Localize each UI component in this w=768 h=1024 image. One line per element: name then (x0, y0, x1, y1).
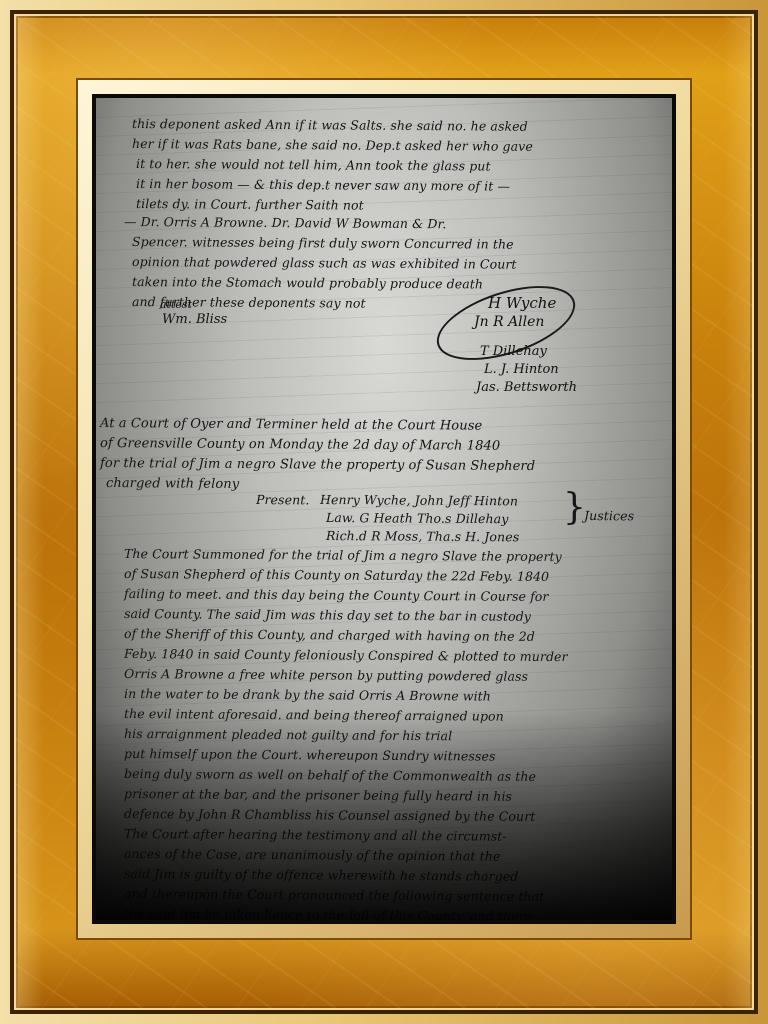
doctors-line: opinion that powdered glass such as was … (132, 254, 517, 272)
attest-signature: Wm. Bliss (162, 312, 227, 327)
present-label: Present. (256, 492, 310, 507)
deposition-line: it to her. she would not tell him, Ann t… (136, 156, 491, 173)
justices-row: Henry Wyche, John Jeff Hinton (320, 492, 518, 508)
signature: Jas. Bettsworth (476, 380, 577, 395)
proceedings-line: in the water to be drank by the said Orr… (124, 686, 491, 704)
proceedings-line: of Susan Shepherd of this County on Satu… (124, 566, 549, 584)
court-header-line: At a Court of Oyer and Terminer held at … (100, 416, 482, 434)
signature: Jn R Allen (474, 314, 544, 330)
proceedings-line: being duly sworn as well on behalf of th… (124, 766, 536, 784)
doctors-line: Spencer. witnesses being first duly swor… (132, 234, 514, 252)
justices-label: Justices (584, 508, 634, 523)
deposition-line: this deponent asked Ann if it was Salts.… (132, 116, 528, 134)
court-header-line: of Greensville County on Monday the 2d d… (100, 436, 500, 454)
proceedings-line: Feby. 1840 in said County feloniously Co… (124, 646, 568, 664)
proceedings-line: The Court after hearing the testimony an… (124, 826, 507, 844)
signature: T Dillehay (480, 344, 547, 359)
proceedings-line: said County. The said Jim was this day s… (124, 606, 531, 624)
justices-row: Law. G Heath Tho.s Dillehay (326, 510, 509, 526)
proceedings-line: the said Jim be taken hence to the Jail … (124, 906, 532, 920)
deposition-line: it in her bosom — & this dep.t never saw… (136, 176, 510, 194)
proceedings-line: defence by John R Chambliss his Counsel … (124, 806, 536, 824)
court-header-line: for the trial of Jim a negro Slave the p… (100, 456, 535, 474)
signature: H Wyche (488, 294, 556, 312)
proceedings-line: of the Sheriff of this County, and charg… (124, 626, 535, 644)
attest-label: attest (160, 298, 192, 311)
deposition-line: tilets dy. in Court. further Saith not (136, 196, 364, 213)
deposition-line: her if it was Rats bane, she said no. De… (132, 136, 533, 154)
proceedings-line: his arraignment pleaded not guilty and f… (124, 726, 452, 743)
proceedings-line: and thereupon the Court pronounced the f… (124, 886, 544, 904)
handwritten-court-document: this deponent asked Ann if it was Salts.… (96, 98, 672, 920)
proceedings-line: ances of the Case, are unanimously of th… (124, 846, 501, 864)
doctors-line: taken into the Stomach would probably pr… (132, 274, 483, 291)
proceedings-line: the evil intent aforesaid. and being the… (124, 706, 504, 724)
picture-frame: this deponent asked Ann if it was Salts.… (0, 0, 768, 1024)
proceedings-line: failing to meet. and this day being the … (124, 586, 549, 604)
signature: L. J. Hinton (484, 362, 559, 377)
justices-row: Rich.d R Moss, Tha.s H. Jones (326, 528, 519, 544)
court-header-line: charged with felony (106, 476, 239, 492)
proceedings-line: The Court Summoned for the trial of Jim … (124, 546, 562, 564)
proceedings-line: said Jim is guilty of the offence wherew… (124, 866, 518, 884)
justices-brace: } (563, 490, 586, 526)
proceedings-line: Orris A Browne a free white person by pu… (124, 666, 528, 684)
proceedings-line: put himself upon the Court. whereupon Su… (124, 746, 496, 764)
doctors-line: — Dr. Orris A Browne. Dr. David W Bowman… (124, 214, 446, 231)
proceedings-line: prisoner at the bar, and the prisoner be… (124, 786, 512, 804)
